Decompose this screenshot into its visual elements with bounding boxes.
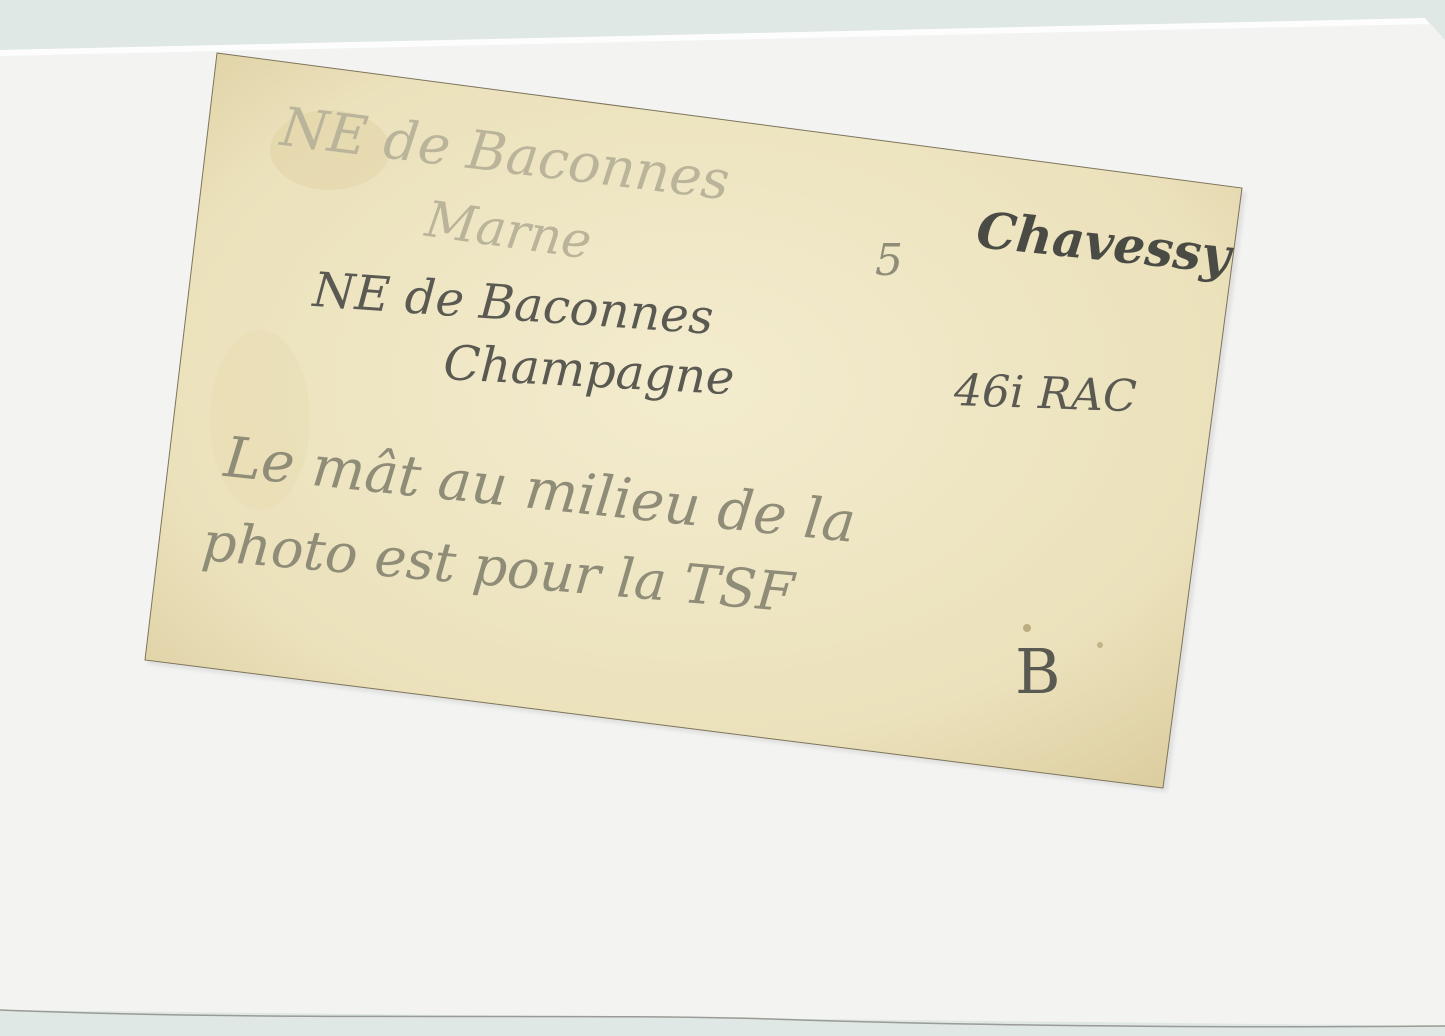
- mark-5: 5: [875, 235, 903, 286]
- unit-label: 46i RAC: [953, 365, 1137, 422]
- initial-b: B: [1015, 635, 1061, 708]
- scan-background: NE de Baconnes Marne 5 NE de Baconnes Ch…: [0, 0, 1445, 1036]
